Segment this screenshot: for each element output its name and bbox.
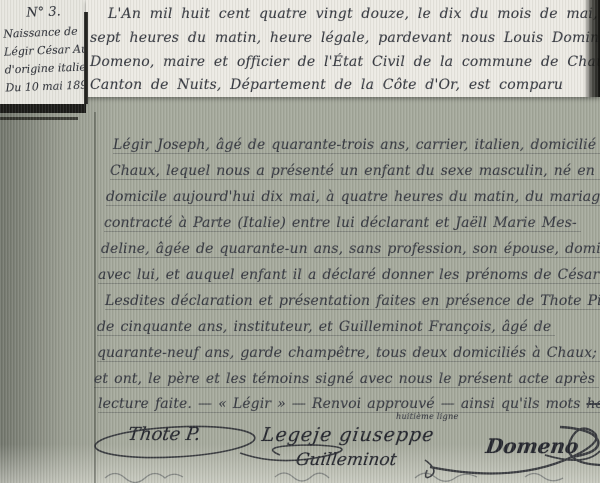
margin-note-line: Du 10 mai 1892. [5,76,88,97]
signature-father: Legeje giuseppe [260,424,436,446]
opening-line-2: sept heures du matin, heure légale, pard… [90,30,600,46]
body-line-11: lecture faite. — « Légir » — Renvoi appr… [98,396,600,412]
marginal-correction-note: huitième ligne [396,412,459,421]
body-line-9: quarante-neuf ans, garde champêtre, tous… [97,345,597,361]
signature-mayor: Domeno [484,434,580,458]
opening-line-3: Domeno, maire et officier de l'État Civi… [90,54,600,70]
divider-bar-thin [0,117,78,120]
body-line-3: domicile aujourd'hui dix mai, à quatre h… [106,189,600,205]
margin-note-card: N° 3. Naissance de Légir César Auguste d… [0,0,86,104]
body-line-2: Chaux, lequel nous a présenté un enfant … [110,163,600,179]
next-act-partial-line [95,468,600,483]
body-line-8: de cinquante ans, instituteur, et Guille… [97,319,551,335]
signature-guilleminot: Guilleminot [295,450,398,470]
body-line-10: et ont, le père et les témoins signé ave… [94,371,595,387]
divider-bar [0,104,86,113]
card-separator-line [84,12,88,104]
body-line-1: Légir Joseph, âgé de quarante-trois ans,… [113,137,600,153]
closing-text: lecture faite. — « Légir » — Renvoi appr… [98,396,580,412]
body-line-5: deline, âgée de quarante-un ans, sans pr… [101,241,600,257]
opening-line-1: L'An mil huit cent quatre vingt douze, l… [108,6,600,22]
struck-out-words: haut fa la [587,396,600,412]
body-line-4: contracté à Parte (Italie) entre lui déc… [104,215,577,231]
scanned-birth-record: N° 3. Naissance de Légir César Auguste d… [0,0,600,483]
opening-line-4: Canton de Nuits, Département de la Côte … [90,77,563,93]
margin-note: N° 3. Naissance de Légir César Auguste d… [2,2,87,97]
body-line-6: avec lui, et auquel enfant il a déclaré … [98,267,600,283]
signature-thote: Thote P. [127,424,202,445]
act-number: N° 3. [2,2,85,23]
body-line-7: Lesdites déclaration et présentation fai… [105,293,600,309]
page-edge-shadow [584,0,600,97]
